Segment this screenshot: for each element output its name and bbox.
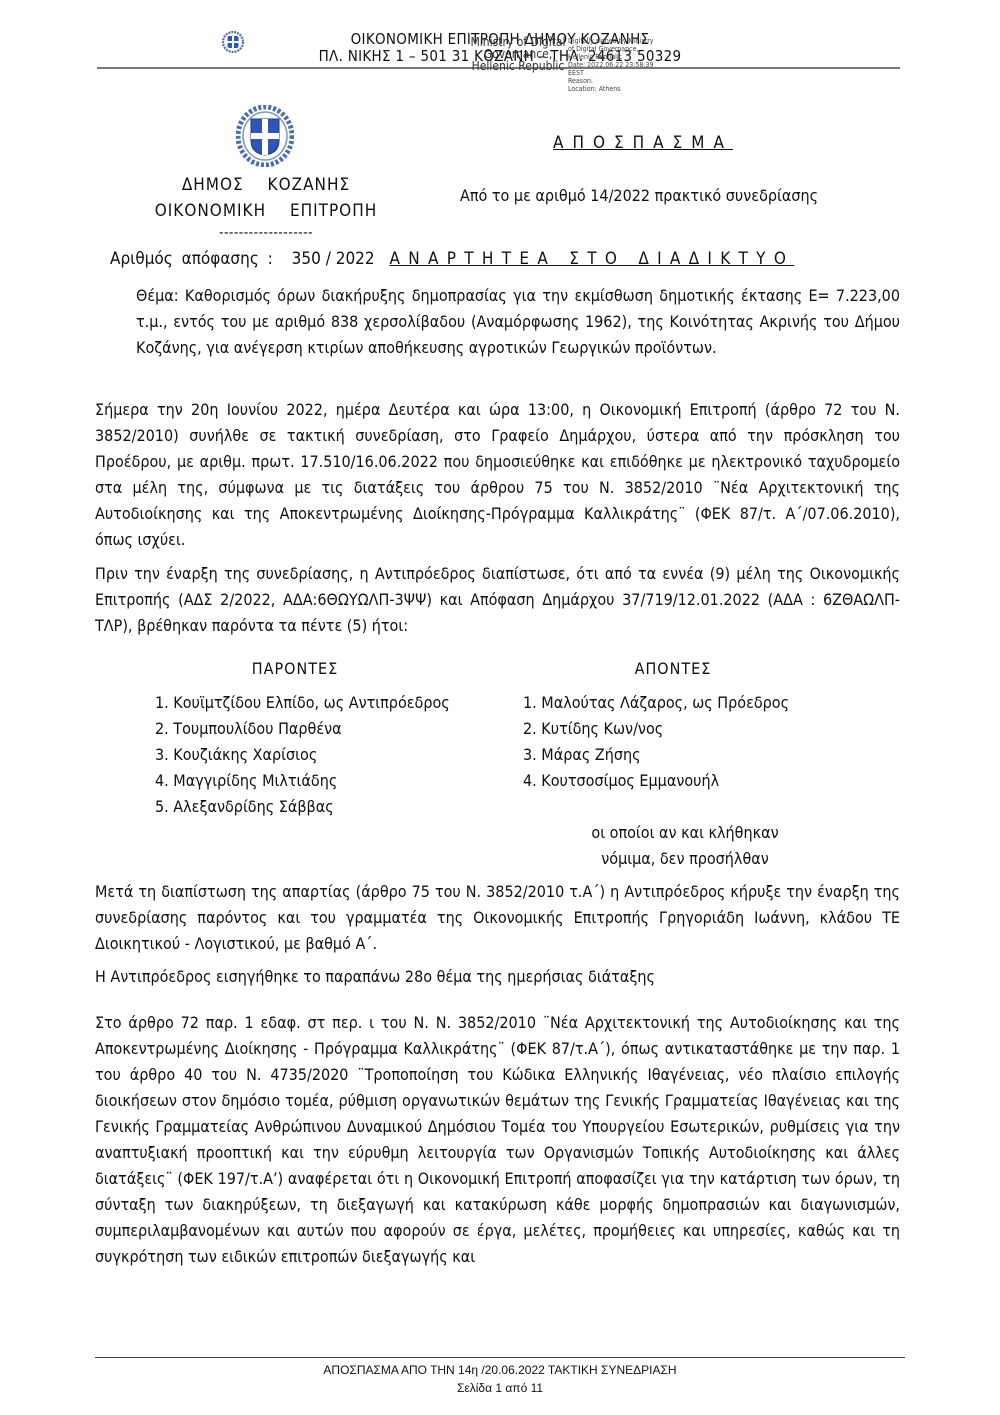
decision-subject: Θέμα: Καθορισμός όρων διακήρυξης δημοπρα… bbox=[136, 283, 900, 361]
quorum-paragraph: Πριν την έναρξη της συνεδρίασης, η Αντιπ… bbox=[95, 561, 900, 639]
absent-heading: ΑΠΟΝΤΕΣ bbox=[523, 656, 823, 682]
list-item: 3. Μάρας Ζήσης bbox=[523, 742, 833, 768]
meeting-intro-paragraph: Σήμερα την 20η Ιουνίου 2022, ημέρα Δευτέ… bbox=[95, 397, 900, 553]
list-item: 1. Μαλούτας Λάζαρος, ως Πρόεδρος bbox=[523, 690, 833, 716]
agenda-item-paragraph: Η Αντιπρόεδρος εισηγήθηκε το παραπάνω 28… bbox=[95, 964, 900, 990]
signature-line: Hellenic Republic bbox=[568, 53, 654, 61]
digital-signature-details: Digitally signed by Ministry of Digital … bbox=[568, 37, 654, 93]
signature-reason: Reason: bbox=[568, 77, 654, 85]
issuer-block: ΔΗΜΟΣ ΚΟΖΑΝΗΣ ΟΙΚΟΝΟΜΙΚΗ ΕΠΙΤΡΟΠΗ bbox=[130, 172, 402, 224]
absent-note-line: οι οποίοι αν και κλήθηκαν bbox=[555, 820, 815, 846]
digital-signature-name: Ministry of Digital Governance, Hellenic… bbox=[468, 36, 568, 72]
list-item: 3. Κουζιάκης Χαρίσιος bbox=[155, 742, 495, 768]
signature-location: Location: Athens bbox=[568, 85, 654, 93]
session-opening-paragraph: Μετά τη διαπίστωση της απαρτίας (άρθρο 7… bbox=[95, 879, 900, 957]
issuer-divider: ------------------- bbox=[133, 225, 399, 241]
present-members-list: ΠΑΡΟΝΤΕΣ 1. Κουϊμτζίδου Ελπίδο, ως Αντιπ… bbox=[155, 656, 495, 820]
list-item: 2. Κυτίδης Κων/νος bbox=[523, 716, 833, 742]
decision-number-row: Αριθμός απόφασης : 350 / 2022 ΑΝΑΡΤΗΤΕΑ … bbox=[110, 249, 794, 269]
greek-coat-of-arms-icon bbox=[236, 105, 294, 167]
absent-members-list: ΑΠΟΝΤΕΣ 1. Μαλούτας Λάζαρος, ως Πρόεδρος… bbox=[523, 656, 833, 794]
present-heading: ΠΑΡΟΝΤΕΣ bbox=[125, 656, 465, 682]
list-item: 4. Μαγγιρίδης Μιλτιάδης bbox=[155, 768, 495, 794]
footer-title: ΑΠΟΣΠΑΣΜΑ ΑΠΟ ΤΗΝ 14η /20.06.2022 ΤΑΚΤΙΚ… bbox=[0, 1363, 1000, 1377]
publish-online-notice: ΑΝΑΡΤΗΤΕΑ ΣΤΟ ΔΙΑΔΙΚΤΥΟ bbox=[390, 249, 795, 269]
list-item: 5. Αλεξανδρίδης Σάββας bbox=[155, 794, 495, 820]
legal-basis-paragraph: Στο άρθρο 72 παρ. 1 εδαφ. στ περ. ι του … bbox=[95, 1010, 900, 1270]
absent-note-line: νόμιμα, δεν προσήλθαν bbox=[555, 846, 815, 872]
signature-line: of Digital Governance, bbox=[568, 45, 654, 53]
decision-number-label: Αριθμός απόφασης : bbox=[110, 249, 273, 269]
page-number: Σελίδα 1 από 11 bbox=[0, 1381, 1000, 1395]
footer-divider bbox=[95, 1357, 905, 1358]
document-type-title: ΑΠΟΣΠΑΣΜΑ bbox=[553, 133, 733, 153]
decision-number: 350 / 2022 bbox=[292, 249, 375, 269]
signature-line: EEST bbox=[568, 69, 654, 77]
committee-name: ΟΙΚΟΝΟΜΙΚΗ ΕΠΙΤΡΟΠΗ bbox=[130, 198, 402, 224]
minutes-reference: Από το με αριθμό 14/2022 πρακτικό συνεδρ… bbox=[460, 186, 818, 205]
absent-note: οι οποίοι αν και κλήθηκαν νόμιμα, δεν πρ… bbox=[555, 820, 815, 872]
list-item: 1. Κουϊμτζίδου Ελπίδο, ως Αντιπρόεδρος bbox=[155, 690, 495, 716]
list-item: 2. Τουμπουλίδου Παρθένα bbox=[155, 716, 495, 742]
municipality-name: ΔΗΜΟΣ ΚΟΖΑΝΗΣ bbox=[130, 172, 402, 198]
list-item: 4. Κουτσοσίμος Εμμανουήλ bbox=[523, 768, 833, 794]
signature-line: Digitally signed by Ministry bbox=[568, 37, 654, 45]
signature-date: Date: 2022.06.22 23:58:39 bbox=[568, 61, 654, 69]
